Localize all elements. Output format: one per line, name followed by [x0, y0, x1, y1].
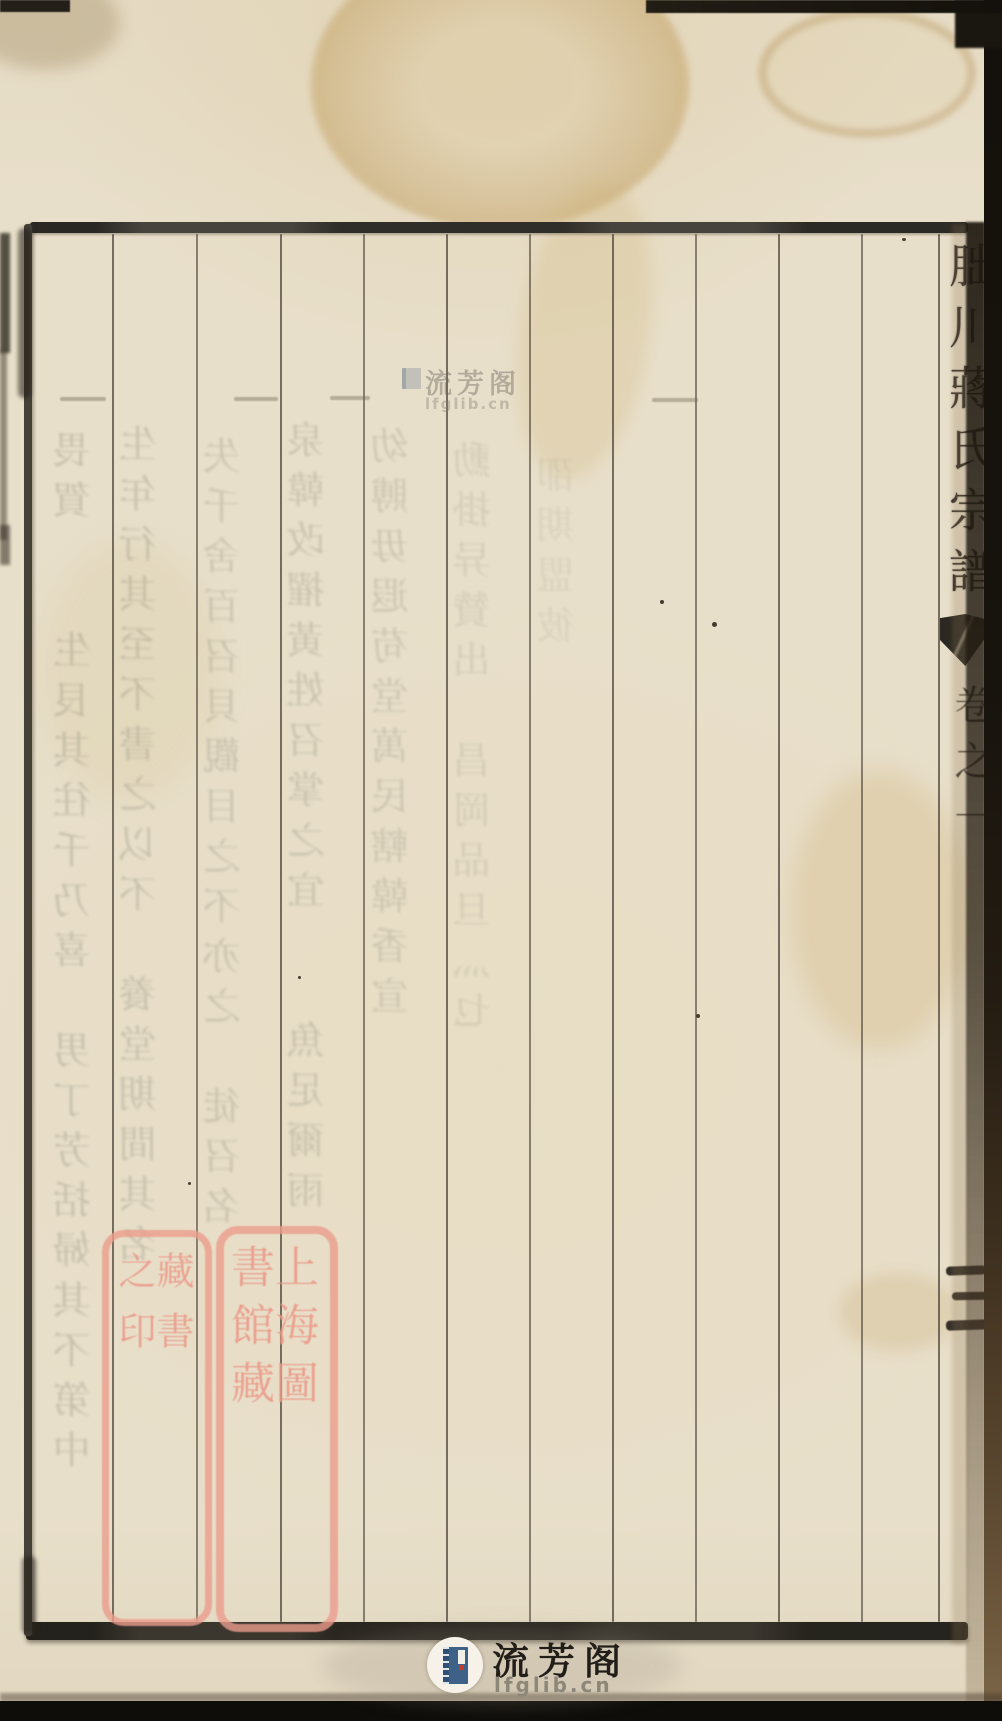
bleedthrough-dash	[330, 396, 370, 400]
column-line	[612, 234, 614, 1622]
frame-left-smudge	[18, 228, 31, 398]
column-line	[446, 234, 448, 1622]
library-seal-left: 藏書 之印	[102, 1230, 212, 1626]
seal-text: 上海圖 書館藏	[226, 1244, 314, 1418]
scan-edge-left	[0, 233, 10, 353]
bleedthrough-dash	[234, 397, 278, 401]
book-seal-dot	[459, 1665, 464, 1670]
logo-circle	[427, 1637, 483, 1693]
frame-top-border	[30, 222, 968, 233]
ink-speck	[712, 622, 717, 627]
gutter-shadow-soft	[952, 224, 967, 1644]
scan-edge-top-left	[0, 0, 70, 12]
scan-edge-left	[0, 350, 7, 540]
ink-speck	[188, 1182, 191, 1185]
library-seal-right: 上海圖 書館藏	[216, 1226, 338, 1632]
column-line	[363, 234, 365, 1622]
ink-speck	[298, 976, 301, 979]
scan-edge-left	[0, 525, 10, 565]
column-line	[778, 234, 780, 1622]
book-icon	[443, 1647, 468, 1684]
bleedthrough-dash	[652, 398, 698, 402]
seal-text: 藏書 之印	[115, 1251, 191, 1371]
frame-left-border	[24, 224, 32, 1636]
book-icon	[402, 368, 421, 389]
book-title-label	[458, 1650, 465, 1664]
column-line	[695, 234, 697, 1622]
column-line	[529, 234, 531, 1622]
column-line	[861, 234, 863, 1622]
watermark-domain-text: lfglib.cn	[425, 395, 512, 413]
frame-corner-smudge	[22, 1556, 36, 1634]
ink-speck	[660, 600, 664, 604]
footer-logo: 流芳阁 lfglib.cn	[427, 1637, 687, 1699]
gutter-dark-band	[984, 0, 1002, 1721]
bleedthrough-dash	[60, 397, 106, 401]
ink-speck	[902, 238, 906, 241]
ink-speck	[696, 1014, 700, 1018]
book-spine-stitches	[443, 1647, 449, 1684]
gutter-shadow-mid	[966, 222, 985, 1702]
scan-edge-top-right	[646, 0, 1002, 13]
logo-domain-text: lfglib.cn	[494, 1673, 613, 1697]
